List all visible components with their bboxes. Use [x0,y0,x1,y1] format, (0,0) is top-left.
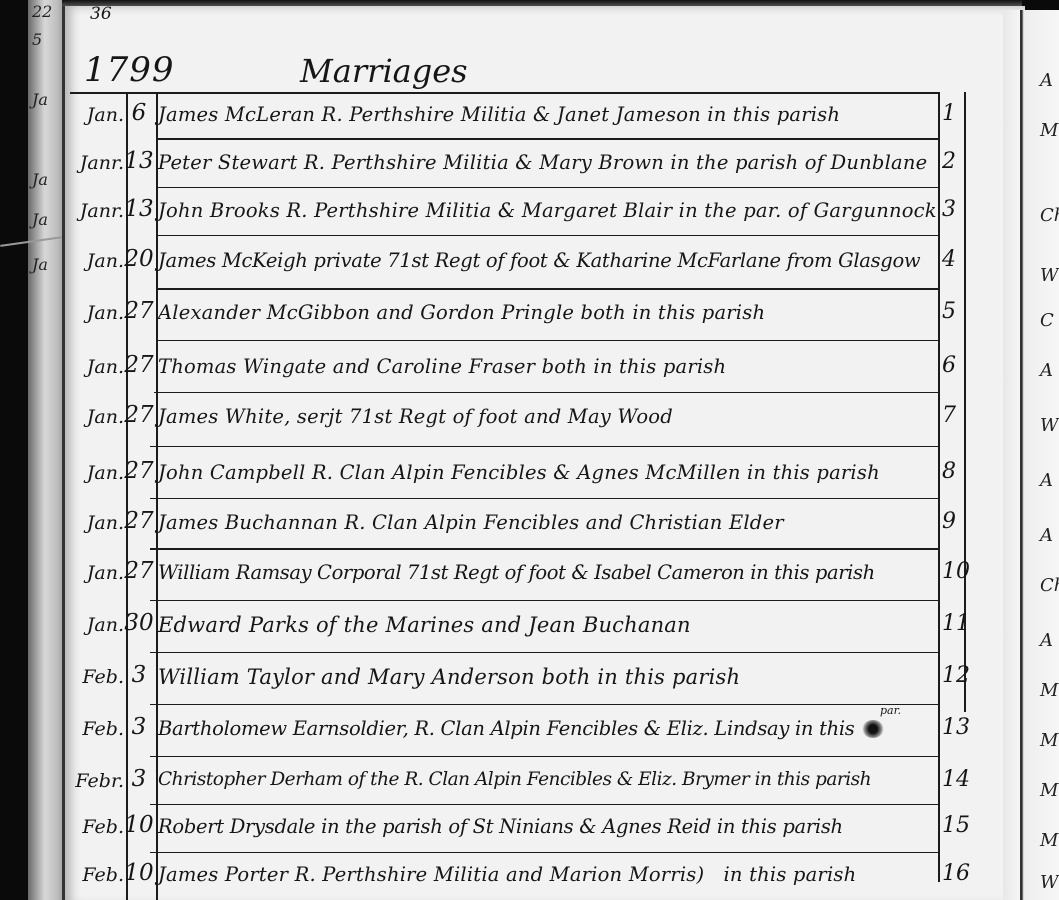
entry-month: Jan. [64,302,124,324]
entry-day: 27 [124,298,154,324]
margin-fragment: M [1040,120,1058,141]
interlinear-note: par. [880,704,901,717]
rule-top [70,92,940,94]
entry-month: Jan. [64,614,124,636]
entry-number: 8 [942,459,972,484]
entry-day: 27 [124,558,154,584]
entry-month: Febr. [64,770,124,792]
register-entry: Janr. 13 Peter Stewart R. Perthshire Mil… [62,144,1022,188]
row-rule [150,704,940,705]
page-number: 36 [90,4,112,24]
entry-text: James Buchannan R. Clan Alpin Fencibles … [158,511,938,534]
row-rule [150,756,940,757]
entry-day: 3 [124,662,154,688]
margin-fragment: M [1040,830,1058,851]
entry-number: 4 [942,247,972,272]
entry-month: Janr. [64,200,124,222]
entry-month: Feb. [64,666,124,688]
entry-text: Christopher Derham of the R. Clan Alpin … [158,769,938,790]
entry-text: William Ramsay Corporal 71st Regt of foo… [158,561,938,584]
entry-text: James McKeigh private 71st Regt of foot … [158,249,938,272]
register-entry: Feb. 10 Robert Drysdale in the parish of… [62,808,1022,852]
entry-number: 3 [942,197,972,222]
entry-day: 6 [124,100,154,126]
register-entry: Feb. 3 Bartholomew Earnsoldier, R. Clan … [62,710,1022,754]
margin-fragment: W [1040,265,1059,286]
row-rule [150,548,940,550]
entry-month: Feb. [64,718,124,740]
row-rule [158,288,940,290]
margin-fragment: M [1040,680,1058,701]
margin-fragment: A [1040,470,1053,491]
row-rule [158,340,940,341]
entry-day: 30 [124,610,154,636]
entry-month: Jan. [64,512,124,534]
entry-day: 27 [124,508,154,534]
row-rule [158,138,940,140]
row-rule [150,652,940,653]
entry-text: James McLeran R. Perthshire Militia & Ja… [158,103,938,126]
entry-text: Peter Stewart R. Perthshire Militia & Ma… [158,151,938,174]
margin-fragment: A [1040,525,1053,546]
margin-fragment: M [1040,780,1058,801]
entry-number: 13 [942,715,972,740]
entry-month: Jan. [64,250,124,272]
entry-number: 1 [942,101,972,126]
margin-fragment: W [1040,415,1059,436]
register-entry: Jan. 27 Alexander McGibbon and Gordon Pr… [62,294,1022,338]
register-entry: Feb. 10 James Porter R. Perthshire Milit… [62,856,1022,900]
entry-text: Bartholomew Earnsoldier, R. Clan Alpin F… [158,717,938,740]
entry-day: 10 [124,812,154,838]
margin-fragment: Ja [32,210,48,229]
register-entry: Jan. 27 William Ramsay Corporal 71st Reg… [62,554,1022,598]
register-entry: Jan. 27 James White, serjt 71st Regt of … [62,398,1022,442]
entry-number: 2 [942,149,972,174]
entry-day: 27 [124,458,154,484]
margin-fragment: Ch [1040,205,1059,226]
margin-fragment: M [1040,730,1058,751]
entry-number: 6 [942,353,972,378]
entry-number: 16 [942,861,972,886]
entry-month: Jan. [64,406,124,428]
margin-fragment: Ja [32,255,48,274]
entry-number: 15 [942,813,972,838]
register-entry: Feb. 3 William Taylor and Mary Anderson … [62,658,1022,702]
row-rule [150,852,940,853]
ink-blot [862,720,884,738]
entry-text: Thomas Wingate and Caroline Fraser both … [158,355,938,378]
entry-number: 7 [942,403,972,428]
entry-text: John Brooks R. Perthshire Militia & Marg… [158,199,938,222]
register-entry: Jan. 30 Edward Parks of the Marines and … [62,606,1022,650]
register-entry: Jan. 27 Thomas Wingate and Caroline Fras… [62,348,1022,392]
entry-text: John Campbell R. Clan Alpin Fencibles & … [158,461,938,484]
margin-fragment: Ja [32,90,48,109]
row-rule [150,804,940,805]
register-entry: Jan. 27 James Buchannan R. Clan Alpin Fe… [62,504,1022,548]
entry-day: 3 [124,714,154,740]
entry-text: James Porter R. Perthshire Militia and M… [158,863,938,886]
margin-fragment: A [1040,630,1053,651]
entry-text: Alexander McGibbon and Gordon Pringle bo… [158,301,938,324]
entry-text: William Taylor and Mary Anderson both in… [158,665,938,689]
row-rule [158,187,940,188]
entry-number: 11 [942,611,972,636]
margin-fragment: C [1040,310,1054,331]
entry-text: James White, serjt 71st Regt of foot and… [158,405,938,428]
register-entry: Febr. 3 Christopher Derham of the R. Cla… [62,762,1022,806]
entry-number: 9 [942,509,972,534]
row-rule [150,446,940,447]
margin-fragment: A [1040,360,1053,381]
entry-month: Feb. [64,816,124,838]
entry-day: 27 [124,352,154,378]
entry-day: 27 [124,402,154,428]
entry-day: 13 [124,196,154,222]
entry-day: 3 [124,766,154,792]
entry-month: Feb. [64,864,124,886]
register-entry: Janr. 13 John Brooks R. Perthshire Milit… [62,192,1022,236]
margin-fragment: A [1040,70,1053,91]
margin-fragment: Ja [32,170,48,189]
margin-fragment: W [1040,872,1059,893]
margin-fragment: 22 [32,2,52,21]
register-year: 1799 [84,50,175,90]
row-rule [150,600,940,601]
entry-text: Robert Drysdale in the parish of St Nini… [158,815,938,838]
margin-fragment: 5 [32,30,42,49]
row-rule [154,392,940,393]
entry-day: 20 [124,246,154,272]
row-rule [150,498,940,499]
entry-day: 13 [124,148,154,174]
entry-number: 12 [942,663,972,688]
register-entry: Jan. 20 James McKeigh private 71st Regt … [62,242,1022,286]
entry-day: 10 [124,860,154,886]
entry-text: Edward Parks of the Marines and Jean Buc… [158,613,938,637]
entry-number: 5 [942,299,972,324]
entry-month: Jan. [64,356,124,378]
entry-number: 14 [942,767,972,792]
row-rule [158,235,940,236]
register-title: Marriages [300,52,468,90]
register-entry: Jan. 27 John Campbell R. Clan Alpin Fenc… [62,454,1022,498]
register-entry: Jan. 6 James McLeran R. Perthshire Milit… [62,96,1022,140]
entry-month: Jan. [64,104,124,126]
entry-month: Jan. [64,462,124,484]
entry-month: Jan. [64,562,124,584]
entry-month: Janr. [64,152,124,174]
margin-fragment: Ch [1040,575,1059,596]
entry-number: 10 [942,559,972,584]
